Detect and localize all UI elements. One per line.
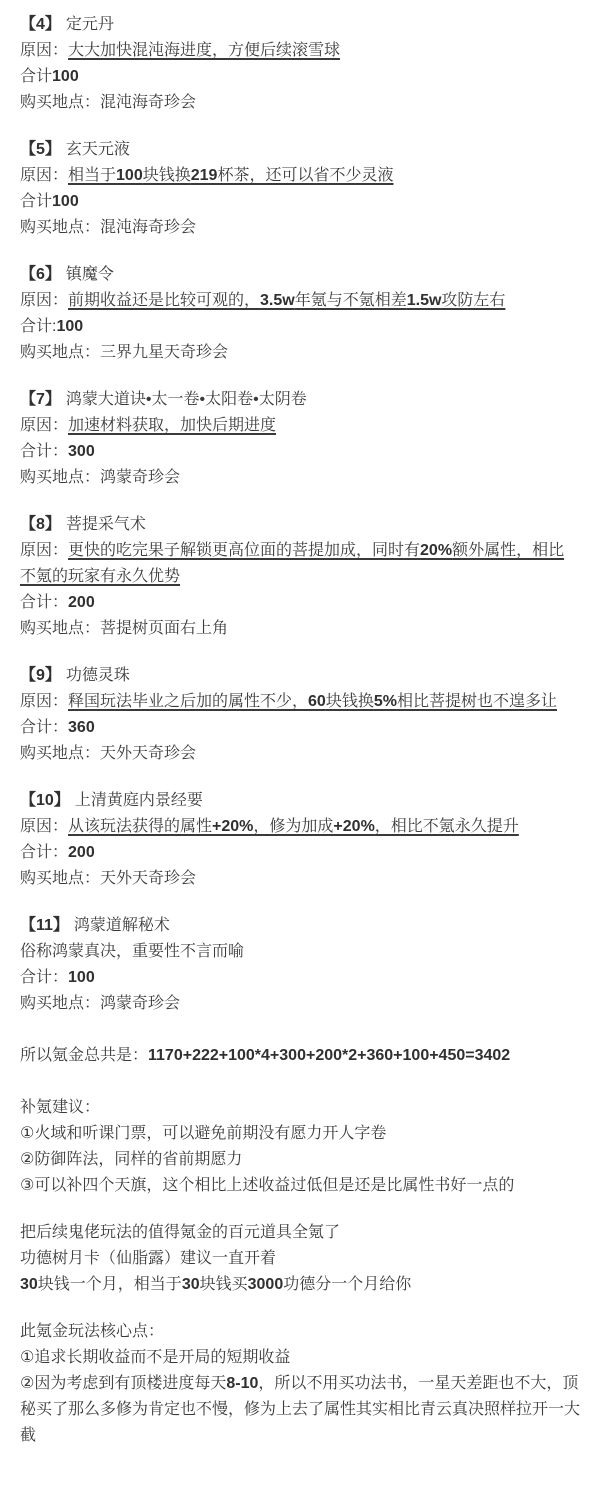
total-value: 200 <box>68 594 95 611</box>
reason-label: 原因： <box>20 292 68 309</box>
item-6-location-line: 购买地点：三界九星天奇珍会 <box>20 340 580 366</box>
suggestions-heading: 补氪建议： <box>20 1095 580 1121</box>
item-11-title: 鸿蒙道解秘术 <box>74 917 170 934</box>
item-5-title-line: 【5】玄天元液 <box>20 137 580 163</box>
item-5-number: 【5】 <box>20 141 61 158</box>
reason-text: 前期收益还是比较可观的，3.5w年氪与不氪相差1.5w攻防左右 <box>68 292 505 309</box>
reason-label: 原因： <box>20 818 68 835</box>
item-6-reason-line: 原因：前期收益还是比较可观的，3.5w年氪与不氪相差1.5w攻防左右 <box>20 288 580 314</box>
item-block-9: 【9】功德灵珠 原因：释国玩法毕业之后加的属性不少，60块钱换5%相比菩提树也不… <box>20 663 580 767</box>
item-9-title-line: 【9】功德灵珠 <box>20 663 580 689</box>
core-point-1: ①追求长期收益而不是开局的短期收益 <box>20 1345 580 1371</box>
reason-text: 加速材料获取，加快后期进度 <box>68 417 276 434</box>
item-10-total-line: 合计：200 <box>20 840 580 866</box>
suggestion-item-3: ③可以补四个天旗，这个相比上述收益过低但是还是比属性书好一点的 <box>20 1173 580 1199</box>
total-label: 合计： <box>20 594 68 611</box>
reason-label: 原因： <box>20 693 68 710</box>
item-11-number: 【11】 <box>20 917 69 934</box>
item-9-number: 【9】 <box>20 667 61 684</box>
item-8-title: 菩提采气术 <box>66 516 146 533</box>
item-10-title-line: 【10】上清黄庭内景经要 <box>20 788 580 814</box>
item-9-location-line: 购买地点：天外天奇珍会 <box>20 741 580 767</box>
item-block-11: 【11】鸿蒙道解秘术 俗称鸿蒙真决，重要性不言而喻 合计：100 购买地点：鸿蒙… <box>20 913 580 1017</box>
item-6-title-line: 【6】镇魔令 <box>20 262 580 288</box>
item-block-4: 【4】定元丹 原因：大大加快混沌海进度，方便后续滚雪球 合计100 购买地点：混… <box>20 12 580 116</box>
total-value: 100 <box>52 193 79 210</box>
reason-text: 释国玩法毕业之后加的属性不少，60块钱换5%相比菩提树也不遑多让 <box>68 693 557 710</box>
item-block-5: 【5】玄天元液 原因：相当于100块钱换219杯茶，还可以省不少灵液 合计100… <box>20 137 580 241</box>
item-6-number: 【6】 <box>20 266 61 283</box>
total-value: 100 <box>68 969 95 986</box>
total-value: 360 <box>68 719 95 736</box>
item-7-location-line: 购买地点：鸿蒙奇珍会 <box>20 465 580 491</box>
monthly-price-line: 30块钱一个月，相当于30块钱买3000功德分一个月给你 <box>20 1272 580 1298</box>
item-7-reason-line: 原因：加速材料获取，加快后期进度 <box>20 413 580 439</box>
reason-label: 原因： <box>20 42 68 59</box>
item-10-number: 【10】 <box>20 792 70 809</box>
item-11-note-line: 俗称鸿蒙真决，重要性不言而喻 <box>20 939 580 965</box>
item-block-8: 【8】菩提采气术 原因：更快的吃完果子解锁更高位面的菩提加成，同时有20%额外属… <box>20 512 580 642</box>
item-9-total-line: 合计：360 <box>20 715 580 741</box>
total-summary-label: 所以氪金总共是： <box>20 1047 148 1064</box>
reason-text: 更快的吃完果子解锁更高位面的菩提加成，同时有20%额外属性，相比不氪的玩家有永久… <box>20 542 564 585</box>
item-10-location-line: 购买地点：天外天奇珍会 <box>20 866 580 892</box>
item-4-reason-line: 原因：大大加快混沌海进度，方便后续滚雪球 <box>20 38 580 64</box>
item-5-title: 玄天元液 <box>66 141 130 158</box>
item-7-title-line: 【7】鸿蒙大道诀•太一卷•太阳卷•太阴卷 <box>20 387 580 413</box>
item-block-6: 【6】镇魔令 原因：前期收益还是比较可观的，3.5w年氪与不氪相差1.5w攻防左… <box>20 262 580 366</box>
total-summary: 所以氪金总共是：1170+222+100*4+300+200*2+360+100… <box>20 1043 580 1069</box>
total-summary-line: 所以氪金总共是：1170+222+100*4+300+200*2+360+100… <box>20 1043 580 1069</box>
total-label: 合计： <box>20 719 68 736</box>
total-label: 合计： <box>20 844 68 861</box>
monthly-line-1: 把后续鬼佬玩法的值得氪金的百元道具全氪了 <box>20 1220 580 1246</box>
supplement-suggestions: 补氪建议： ①火域和听课门票，可以避免前期没有愿力开人字卷 ②防御阵法，同样的省… <box>20 1095 580 1199</box>
item-8-number: 【8】 <box>20 516 61 533</box>
item-10-reason-line: 原因：从该玩法获得的属性+20%，修为加成+20%，相比不氪永久提升 <box>20 814 580 840</box>
monthly-card-advice: 把后续鬼佬玩法的值得氪金的百元道具全氪了 功德树月卡（仙脂露）建议一直开着 30… <box>20 1220 580 1298</box>
total-label: 合计: <box>20 318 56 335</box>
reason-label: 原因： <box>20 542 68 559</box>
item-6-title: 镇魔令 <box>66 266 114 283</box>
reason-label: 原因： <box>20 417 68 434</box>
item-block-10: 【10】上清黄庭内景经要 原因：从该玩法获得的属性+20%，修为加成+20%，相… <box>20 788 580 892</box>
item-8-total-line: 合计：200 <box>20 590 580 616</box>
suggestion-item-2: ②防御阵法，同样的省前期愿力 <box>20 1147 580 1173</box>
item-9-reason-line: 原因：释国玩法毕业之后加的属性不少，60块钱换5%相比菩提树也不遑多让 <box>20 689 580 715</box>
reason-text: 相当于100块钱换219杯茶，还可以省不少灵液 <box>68 167 393 184</box>
core-points: 此氪金玩法核心点： ①追求长期收益而不是开局的短期收益 ②因为考虑到有顶楼进度每… <box>20 1319 580 1449</box>
item-8-reason-line: 原因：更快的吃完果子解锁更高位面的菩提加成，同时有20%额外属性，相比不氪的玩家… <box>20 538 580 590</box>
item-7-number: 【7】 <box>20 391 61 408</box>
item-11-total-line: 合计：100 <box>20 965 580 991</box>
core-point-2: ②因为考虑到有顶楼进度每天8-10，所以不用买功法书，一星天差距也不大，顶秘买了… <box>20 1371 580 1449</box>
total-value: 200 <box>68 844 95 861</box>
total-value: 300 <box>68 443 95 460</box>
item-10-title: 上清黄庭内景经要 <box>75 792 203 809</box>
item-block-7: 【7】鸿蒙大道诀•太一卷•太阳卷•太阴卷 原因：加速材料获取，加快后期进度 合计… <box>20 387 580 491</box>
total-value: 100 <box>52 68 79 85</box>
monthly-line-2: 功德树月卡（仙脂露）建议一直开着 <box>20 1246 580 1272</box>
item-4-total-line: 合计100 <box>20 64 580 90</box>
item-5-reason-line: 原因：相当于100块钱换219杯茶，还可以省不少灵液 <box>20 163 580 189</box>
total-value: 100 <box>56 318 83 335</box>
item-6-total-line: 合计:100 <box>20 314 580 340</box>
total-summary-formula: 1170+222+100*4+300+200*2+360+100+450=340… <box>148 1047 510 1064</box>
item-5-total-line: 合计100 <box>20 189 580 215</box>
item-5-location-line: 购买地点：混沌海奇珍会 <box>20 215 580 241</box>
item-4-title: 定元丹 <box>66 16 114 33</box>
total-label: 合计： <box>20 969 68 986</box>
suggestion-item-1: ①火域和听课门票，可以避免前期没有愿力开人字卷 <box>20 1121 580 1147</box>
core-points-heading: 此氪金玩法核心点： <box>20 1319 580 1345</box>
reason-text: 从该玩法获得的属性+20%，修为加成+20%，相比不氪永久提升 <box>68 818 519 835</box>
total-label: 合计 <box>20 193 52 210</box>
item-9-title: 功德灵珠 <box>66 667 130 684</box>
total-label: 合计 <box>20 68 52 85</box>
item-8-location-line: 购买地点：菩提树页面右上角 <box>20 616 580 642</box>
item-4-location-line: 购买地点：混沌海奇珍会 <box>20 90 580 116</box>
item-11-title-line: 【11】鸿蒙道解秘术 <box>20 913 580 939</box>
reason-text: 大大加快混沌海进度，方便后续滚雪球 <box>68 42 340 59</box>
item-11-location-line: 购买地点：鸿蒙奇珍会 <box>20 991 580 1017</box>
item-7-title: 鸿蒙大道诀•太一卷•太阳卷•太阴卷 <box>66 391 307 408</box>
reason-label: 原因： <box>20 167 68 184</box>
item-4-number: 【4】 <box>20 16 61 33</box>
item-7-total-line: 合计：300 <box>20 439 580 465</box>
article-page: 【4】定元丹 原因：大大加快混沌海进度，方便后续滚雪球 合计100 购买地点：混… <box>0 0 600 1490</box>
total-label: 合计： <box>20 443 68 460</box>
item-4-title-line: 【4】定元丹 <box>20 12 580 38</box>
item-8-title-line: 【8】菩提采气术 <box>20 512 580 538</box>
